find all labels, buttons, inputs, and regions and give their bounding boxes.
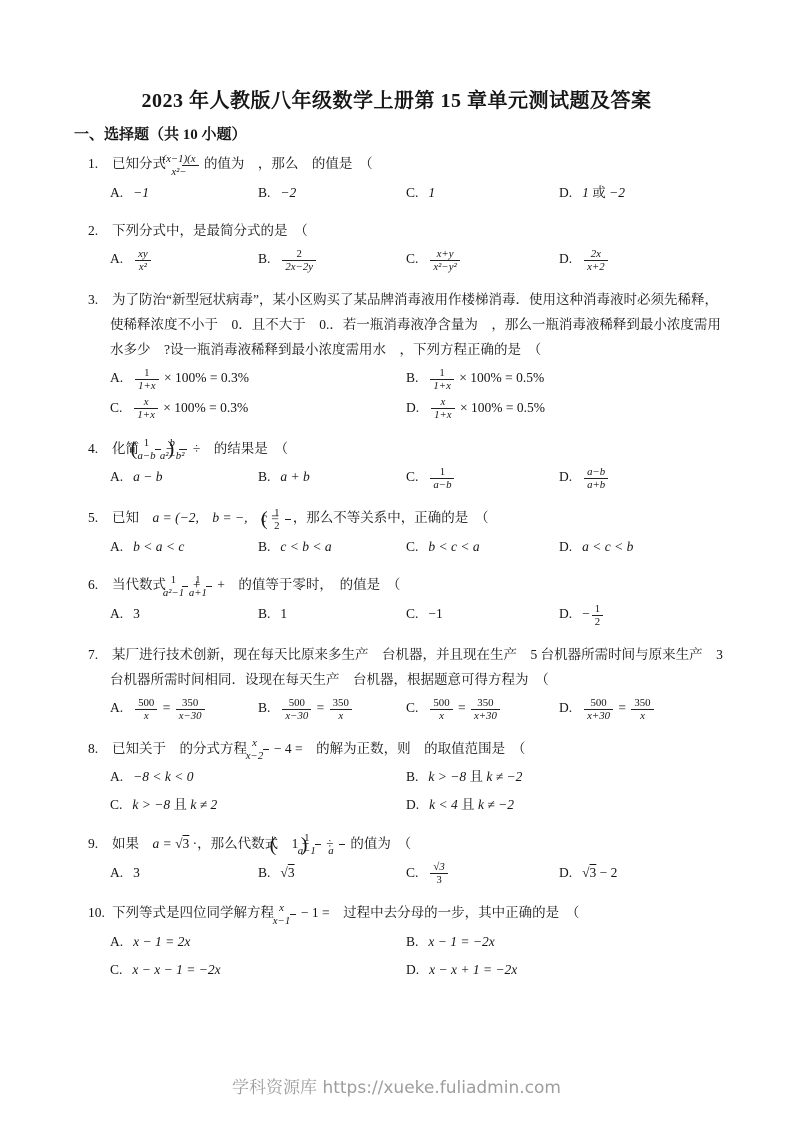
fraction-denominator: a−1: [315, 844, 321, 857]
text-run: =: [313, 700, 327, 715]
fraction-denominator: a−b: [430, 478, 454, 491]
fraction-denominator: x+30: [584, 709, 613, 722]
option-C: C.1: [406, 181, 559, 205]
sqrt-expression: √3: [175, 836, 189, 851]
option-label: D.: [559, 700, 572, 715]
option-label: C.: [110, 400, 122, 415]
question-item-5: 5.已知 a = (−2, b = −, c = (12，那么不等关系中，正确的…: [88, 506, 727, 558]
option-label: A.: [110, 539, 123, 554]
option-label: C.: [406, 700, 418, 715]
fraction-numerator: [339, 832, 345, 844]
fraction-denominator: x²−y²: [430, 260, 459, 273]
option-B: B.k > −8 且 k ≠ −2: [406, 765, 727, 789]
fraction-numerator: (x−1)(x: [182, 153, 199, 165]
fraction-denominator: x: [330, 709, 352, 722]
option-B: B.a + b: [258, 465, 406, 489]
text-run: × 100% = 0.3%: [161, 370, 249, 385]
question-item-2: 2.下列分式中，是最简分式的是 （A.xyx²B.22x−2yC.x+yx²−y…: [88, 219, 727, 273]
option-D: D.a−ba+b: [559, 465, 727, 491]
fraction: xx−2: [263, 737, 269, 762]
option-label: A.: [110, 469, 123, 484]
text-run: −: [582, 606, 590, 621]
section-heading: 一、选择题（共 10 小题）: [74, 123, 727, 144]
fraction-denominator: 1+x: [430, 379, 453, 392]
question-stem: 1.已知分式 (x−1)(xx²− 的值为 ，那么 的值是 （: [88, 152, 727, 178]
text-run: 为了防治“新型冠状病毒”，某小区购买了某品牌消毒液用作楼梯消毒．使用这种消毒液时…: [110, 292, 721, 357]
option-A: A.−8 < k < 0: [110, 765, 406, 789]
option-D: D.x1+x × 100% = 0.5%: [406, 396, 727, 422]
options-row: A.3B.√3C.√33D.√3 − 2: [110, 861, 727, 887]
fraction-denominator: 1+x: [134, 408, 157, 421]
fraction-denominator: x: [631, 709, 653, 722]
question-number: 6.: [88, 573, 112, 598]
text-run: 已知: [112, 510, 153, 525]
fraction-numerator: 2x: [584, 248, 607, 260]
option-label: D.: [559, 539, 572, 554]
options-row: A.−8 < k < 0B.k > −8 且 k ≠ −2C.k > −8 且 …: [110, 765, 727, 816]
question-number: 5.: [88, 506, 112, 531]
math-run: k ≠ −2: [486, 769, 522, 784]
fraction-numerator: 1: [285, 507, 291, 519]
text-run: =: [455, 700, 469, 715]
fraction-denominator: a: [339, 844, 345, 857]
fraction-denominator: x²−: [182, 165, 199, 178]
questions-list: 1.已知分式 (x−1)(xx²− 的值为 ，那么 的值是 （A.−1B.−2C…: [88, 152, 727, 981]
fraction-numerator: 350: [631, 697, 653, 709]
option-B: B.√3: [258, 861, 406, 885]
fraction-numerator: 1: [155, 437, 161, 449]
option-label: D.: [406, 962, 419, 977]
option-label: B.: [258, 865, 270, 880]
fraction: a−ba+b: [584, 466, 608, 491]
option-D: D.√3 − 2: [559, 861, 727, 885]
option-D: D.1 或 −2: [559, 181, 727, 205]
fraction-numerator: 350: [330, 697, 352, 709]
text-run: + 的值等于零时， 的值是 （: [214, 577, 401, 592]
option-B: B.−2: [258, 181, 406, 205]
text-run: 1: [280, 606, 287, 621]
fraction: 350x+30: [471, 697, 500, 722]
fraction-numerator: 1: [135, 367, 158, 379]
question-number: 1.: [88, 152, 112, 177]
option-label: C.: [406, 606, 418, 621]
math-run: k < 4: [429, 797, 458, 812]
option-label: C.: [406, 185, 418, 200]
option-D: D.2xx+2: [559, 247, 727, 273]
fraction: 12: [592, 603, 603, 628]
math-run: −2: [609, 185, 625, 200]
option-C: C.x − x − 1 = −2x: [110, 958, 406, 982]
option-A: A.b < a < c: [110, 535, 258, 559]
math-run: k > −8: [428, 769, 466, 784]
question-item-1: 1.已知分式 (x−1)(xx²− 的值为 ，那么 的值是 （A.−1B.−2C…: [88, 152, 727, 204]
text-run: =: [159, 700, 173, 715]
option-D: D.−12: [559, 602, 727, 628]
option-label: C.: [110, 797, 122, 812]
fraction: 1a−b: [430, 466, 454, 491]
fraction: x+yx²−y²: [430, 248, 459, 273]
math-run: x − 1 = 2x: [133, 934, 190, 949]
math-run: b < c < a: [428, 539, 479, 554]
radicand: 3: [288, 865, 295, 880]
fraction-denominator: x²: [135, 260, 151, 273]
math-run: −1: [133, 185, 149, 200]
text-run: 的值为 ，那么 的值是 （: [201, 156, 373, 171]
question-stem: 6.当代数式 1a²−1 + 1a+1 + 的值等于零时， 的值是 （: [88, 573, 727, 599]
fraction-denominator: a²−1: [182, 586, 188, 599]
question-number: 7.: [88, 643, 112, 668]
fraction-numerator: 1: [592, 603, 603, 615]
text-run: × 100% = 0.5%: [457, 400, 545, 415]
option-C: C.1a−b: [406, 465, 559, 491]
question-stem: 3.为了防治“新型冠状病毒”，某小区购买了某品牌消毒液用作楼梯消毒．使用这种消毒…: [88, 288, 727, 363]
option-B: B.22x−2y: [258, 247, 406, 273]
option-label: A.: [110, 370, 123, 385]
text-run: ，那么不等关系中，正确的是 （: [293, 510, 489, 525]
option-D: D.x − x + 1 = −2x: [406, 958, 727, 982]
question-number: 4.: [88, 437, 112, 462]
fraction-denominator: a+1: [206, 586, 212, 599]
option-C: C.k > −8 且 k ≠ 2: [110, 793, 406, 817]
fraction-numerator: xy: [135, 248, 151, 260]
fraction: 350x: [631, 697, 653, 722]
fraction: a: [339, 832, 345, 857]
footer-watermark: 学科资源库 https://xueke.fuliadmin.com: [0, 1073, 793, 1098]
fraction-denominator: x−30: [282, 709, 311, 722]
option-label: D.: [559, 469, 572, 484]
question-stem: 9.如果 a = √3 ·，那么代数式 (1 + 1a−1) ÷ a 的值为 （: [88, 832, 727, 858]
options-row: A.500x = 350x−30B.500x−30 = 350xC.500x =…: [110, 696, 727, 722]
text-run: 且: [466, 769, 486, 784]
option-A: A.x − 1 = 2x: [110, 930, 406, 954]
question-stem: 2.下列分式中，是最简分式的是 （: [88, 219, 727, 244]
math-run: k > −8: [132, 797, 170, 812]
option-C: C.x+yx²−y²: [406, 247, 559, 273]
option-A: A.3: [110, 602, 258, 626]
option-label: A.: [110, 934, 123, 949]
fraction: 11+x: [135, 367, 158, 392]
option-C: C.−1: [406, 602, 559, 626]
fraction-denominator: x: [430, 709, 452, 722]
question-stem: 10.下列等式是四位同学解方程 xx−1 − 1 = 过程中去分母的一步，其中正…: [88, 901, 727, 927]
fraction-numerator: 1: [206, 574, 212, 586]
fraction-numerator: 1: [182, 574, 188, 586]
question-item-9: 9.如果 a = √3 ·，那么代数式 (1 + 1a−1) ÷ a 的值为 （…: [88, 832, 727, 887]
fraction: 500x−30: [282, 697, 311, 722]
option-C: C.500x = 350x+30: [406, 696, 559, 722]
math-run: −8 < k < 0: [133, 769, 193, 784]
question-number: 9.: [88, 832, 112, 857]
math-run: a < c < b: [582, 539, 633, 554]
math-run: k ≠ 2: [190, 797, 217, 812]
fraction: 1a²−1: [182, 574, 188, 599]
question-item-8: 8.已知关于 的分式方程 xx−2 − 4 = 的解为正数，则 的取值范围是 （…: [88, 737, 727, 817]
options-row: A.a − bB.a + bC.1a−bD.a−ba+b: [110, 465, 727, 491]
option-A: A.11+x × 100% = 0.3%: [110, 366, 406, 392]
option-label: B.: [258, 251, 270, 266]
math-run: b = −,: [212, 510, 247, 525]
text-run: [199, 510, 213, 525]
fraction: 1a−1: [315, 832, 321, 857]
option-label: A.: [110, 700, 123, 715]
fraction-denominator: x−2: [263, 749, 269, 762]
question-stem: 4.化简 (1a−b − ba²−b²) ÷ 的结果是 （: [88, 437, 727, 463]
math-run: x − x − 1 = −2x: [132, 962, 220, 977]
question-number: 8.: [88, 737, 112, 762]
math-run: k ≠ −2: [478, 797, 514, 812]
fraction-denominator: x+30: [471, 709, 500, 722]
radical-sign: √: [280, 865, 287, 880]
text-run: −1: [428, 606, 442, 621]
text-run: =: [615, 700, 629, 715]
fraction-numerator: x: [134, 396, 157, 408]
math-run: a =: [153, 836, 176, 851]
fraction-numerator: 500: [584, 697, 613, 709]
text-run: 如果: [112, 836, 153, 851]
option-label: B.: [406, 769, 418, 784]
fraction-numerator: a−b: [584, 466, 608, 478]
option-D: D.k < 4 且 k ≠ −2: [406, 793, 727, 817]
option-label: D.: [559, 185, 572, 200]
options-row: A.3B.1C.−1D.−12: [110, 602, 727, 628]
option-label: C.: [406, 539, 418, 554]
option-label: D.: [406, 797, 419, 812]
question-stem: 7.某厂进行技术创新，现在每天比原来多生产 台机器，并且现在生产 5 台机器所需…: [88, 643, 727, 693]
fraction-numerator: 1: [430, 367, 453, 379]
fraction-numerator: x: [431, 396, 454, 408]
text-run: [247, 510, 261, 525]
text-run: 某厂进行技术创新，现在每天比原来多生产 台机器，并且现在生产 5 台机器所需时间…: [110, 647, 723, 687]
options-row: A.x − 1 = 2xB.x − 1 = −2xC.x − x − 1 = −…: [110, 930, 727, 981]
fraction-denominator: 2: [592, 615, 603, 628]
fraction: xx−1: [290, 902, 296, 927]
fraction-numerator: x: [263, 737, 269, 749]
fraction-numerator: 500: [135, 697, 157, 709]
fraction: 500x+30: [584, 697, 613, 722]
option-label: D.: [559, 865, 572, 880]
fraction: 22x−2y: [282, 248, 316, 273]
option-label: B.: [406, 370, 418, 385]
options-row: A.−1B.−2C.1D.1 或 −2: [110, 181, 727, 205]
fraction-denominator: x+2: [584, 260, 607, 273]
math-run: x − x + 1 = −2x: [429, 962, 517, 977]
fraction: 11+x: [430, 367, 453, 392]
text-run: 且: [458, 797, 478, 812]
document-title: 2023 年人教版八年级数学上册第 15 章单元测试题及答案: [0, 84, 793, 113]
option-D: D.a < c < b: [559, 535, 727, 559]
footer-site-name: 学科资源库: [232, 1078, 317, 1098]
option-label: C.: [406, 469, 418, 484]
fraction-denominator: a²−b²: [179, 449, 188, 462]
option-B: B.1: [258, 602, 406, 626]
text-run: − 2: [596, 865, 617, 880]
option-C: C.b < c < a: [406, 535, 559, 559]
text-run: 3: [133, 606, 140, 621]
fraction: (x−1)(xx²−: [182, 153, 199, 178]
math-run: a + b: [280, 469, 309, 484]
math-run: 1: [428, 185, 435, 200]
option-B: B.x − 1 = −2x: [406, 930, 727, 954]
text-run: − 4 = 的解为正数，则 的取值范围是 （: [271, 741, 526, 756]
fraction-numerator: b: [179, 437, 188, 449]
math-run: −2: [280, 185, 296, 200]
fraction: xyx²: [135, 248, 151, 273]
option-label: D.: [559, 606, 572, 621]
sqrt-expression: √3: [582, 865, 596, 880]
text-run: ·，那么代数式: [189, 836, 291, 851]
math-run: 1: [582, 185, 589, 200]
option-label: C.: [110, 962, 122, 977]
text-run: 下列等式是四位同学解方程: [112, 905, 288, 920]
fraction: 500x: [430, 697, 452, 722]
question-stem: 5.已知 a = (−2, b = −, c = (12，那么不等关系中，正确的…: [88, 506, 727, 532]
text-run: 已知关于 的分式方程: [112, 741, 261, 756]
text-run: ÷ 的结果是 （: [189, 441, 288, 456]
option-A: A.500x = 350x−30: [110, 696, 258, 722]
options-row: A.11+x × 100% = 0.3%B.11+x × 100% = 0.5%…: [110, 366, 727, 422]
fraction-numerator: x: [290, 902, 296, 914]
fraction-denominator: 2x−2y: [282, 260, 316, 273]
option-label: C.: [406, 865, 418, 880]
fraction: 2xx+2: [584, 248, 607, 273]
text-run: 3: [133, 865, 140, 880]
option-C: C.√33: [406, 861, 559, 887]
option-label: A.: [110, 251, 123, 266]
fraction: 350x−30: [176, 697, 205, 722]
option-label: C.: [406, 251, 418, 266]
fraction-numerator: x+y: [430, 248, 459, 260]
fraction-numerator: 1: [315, 832, 321, 844]
fraction-denominator: x: [135, 709, 157, 722]
question-number: 2.: [88, 219, 112, 244]
option-label: A.: [110, 606, 123, 621]
math-run: b < a < c: [133, 539, 184, 554]
fraction-numerator: 500: [430, 697, 452, 709]
option-B: B.500x−30 = 350x: [258, 696, 406, 722]
question-item-3: 3.为了防治“新型冠状病毒”，某小区购买了某品牌消毒液用作楼梯消毒．使用这种消毒…: [88, 288, 727, 421]
option-label: D.: [406, 400, 419, 415]
option-A: A.3: [110, 861, 258, 885]
option-label: B.: [406, 934, 418, 949]
option-A: A.xyx²: [110, 247, 258, 273]
fraction: √33: [430, 861, 447, 886]
text-run: × 100% = 0.3%: [160, 400, 248, 415]
fraction: x1+x: [134, 396, 157, 421]
fraction: 12: [285, 507, 291, 532]
question-item-7: 7.某厂进行技术创新，现在每天比原来多生产 台机器，并且现在生产 5 台机器所需…: [88, 643, 727, 722]
math-run: a = (−2,: [153, 510, 199, 525]
math-run: a − b: [133, 469, 162, 484]
fraction-denominator: a+b: [584, 478, 608, 491]
option-label: B.: [258, 539, 270, 554]
option-label: A.: [110, 865, 123, 880]
math-run: c < b < a: [280, 539, 331, 554]
options-row: A.b < a < cB.c < b < aC.b < c < aD.a < c…: [110, 535, 727, 559]
text-run: × 100% = 0.5%: [456, 370, 544, 385]
text-run: 或: [589, 185, 609, 200]
option-A: A.a − b: [110, 465, 258, 489]
fraction-numerator: 1: [430, 466, 454, 478]
question-item-4: 4.化简 (1a−b − ba²−b²) ÷ 的结果是 （A.a − bB.a …: [88, 437, 727, 492]
radical-sign: √: [582, 865, 589, 880]
question-stem: 8.已知关于 的分式方程 xx−2 − 4 = 的解为正数，则 的取值范围是 （: [88, 737, 727, 763]
question-number: 3.: [88, 288, 112, 313]
text-run: 且: [170, 797, 190, 812]
option-label: B.: [258, 185, 270, 200]
option-label: B.: [258, 606, 270, 621]
option-label: A.: [110, 769, 123, 784]
fraction: x1+x: [431, 396, 454, 421]
option-C: C.x1+x × 100% = 0.3%: [110, 396, 406, 422]
question-item-6: 6.当代数式 1a²−1 + 1a+1 + 的值等于零时， 的值是 （A.3B.…: [88, 573, 727, 628]
fraction-denominator: 1+x: [431, 408, 454, 421]
fraction-denominator: x−30: [176, 709, 205, 722]
question-number: 10.: [88, 901, 112, 926]
option-label: B.: [258, 469, 270, 484]
fraction-numerator: √3: [430, 861, 447, 873]
fraction-denominator: x−1: [290, 914, 296, 927]
text-run: 的值为 （: [347, 836, 411, 851]
fraction-numerator: 350: [176, 697, 205, 709]
text-run: 下列分式中，是最简分式的是 （: [112, 223, 308, 238]
footer-url-link[interactable]: https://xueke.fuliadmin.com: [322, 1078, 561, 1098]
fraction: 500x: [135, 697, 157, 722]
option-D: D.500x+30 = 350x: [559, 696, 727, 722]
sqrt-expression: √3: [280, 865, 294, 880]
fraction-numerator: 2: [282, 248, 316, 260]
fraction-denominator: 3: [430, 873, 447, 886]
option-label: B.: [258, 700, 270, 715]
option-B: B.11+x × 100% = 0.5%: [406, 366, 727, 392]
fraction-denominator: 2: [285, 519, 291, 532]
question-item-10: 10.下列等式是四位同学解方程 xx−1 − 1 = 过程中去分母的一步，其中正…: [88, 901, 727, 981]
fraction-denominator: 1+x: [135, 379, 158, 392]
math-run: x − 1 = −2x: [428, 934, 494, 949]
option-A: A.−1: [110, 181, 258, 205]
text-run: − 1 = 过程中去分母的一步，其中正确的是 （: [298, 905, 580, 920]
fraction: 350x: [330, 697, 352, 722]
option-label: D.: [559, 251, 572, 266]
fraction-numerator: 350: [471, 697, 500, 709]
radical-sign: √: [175, 836, 182, 851]
option-B: B.c < b < a: [258, 535, 406, 559]
fraction: 1a+1: [206, 574, 212, 599]
options-row: A.xyx²B.22x−2yC.x+yx²−y²D.2xx+2: [110, 247, 727, 273]
fraction-numerator: 500: [282, 697, 311, 709]
option-label: A.: [110, 185, 123, 200]
fraction: ba²−b²: [179, 437, 188, 462]
document-page: 2023 年人教版八年级数学上册第 15 章单元测试题及答案 一、选择题（共 1…: [0, 0, 793, 981]
